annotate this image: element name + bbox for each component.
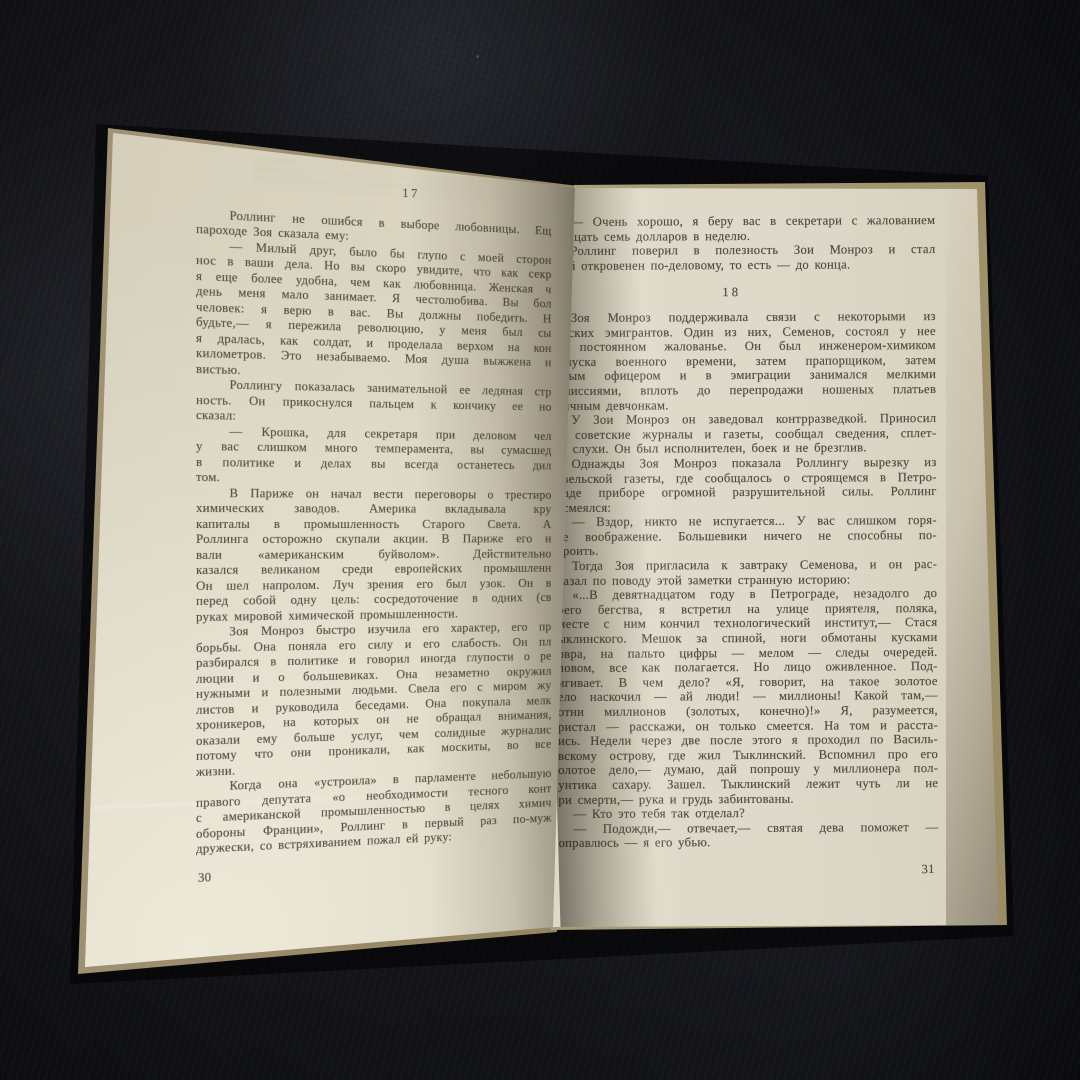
text-line: — Подожди,— отвечает,— святая дева помож… bbox=[558, 820, 938, 837]
text-line: ыклинского. Мешок за спиной, ноги обмота… bbox=[557, 630, 937, 647]
text-line: У Зои Монроз он заведовал контрразведкой… bbox=[556, 411, 936, 428]
dust-speck bbox=[476, 55, 479, 58]
right-page-text: — Очень хорошо, я беру вас в секретари с… bbox=[555, 213, 938, 879]
text-line: Однажды Зоя Монроз показала Роллингу выр… bbox=[557, 455, 937, 472]
text-line: омиссиями, вплоть до перепродажи ношеных… bbox=[556, 382, 936, 399]
text-line: Зоя Монроз поддерживала связи с некоторы… bbox=[556, 309, 936, 326]
text-line: Роллинг поверил в полезность Зои Монроз … bbox=[555, 242, 935, 259]
right-page-lines-bottom: Зоя Монроз поддерживала связи с некоторы… bbox=[556, 309, 939, 851]
text-line: В Париже он начал вести переговоры о тре… bbox=[196, 485, 552, 502]
dust-speck bbox=[132, 688, 135, 691]
text-line: капиталы в промышленность Старого Света.… bbox=[196, 516, 552, 532]
text-line: унтика сахару. Зашел. Тыклинский лежит ч… bbox=[558, 776, 938, 793]
text-line: Роллинга осторожно скупали акции. В Пари… bbox=[196, 531, 552, 547]
book-photo: 17 Роллинг не ошибся в выборе любовницы.… bbox=[0, 0, 1080, 1080]
text-line: — Очень хорошо, я беру вас в секретари с… bbox=[555, 213, 935, 230]
text-line: отни миллионов (золотых, конечно)!» Я, р… bbox=[558, 703, 938, 720]
chapter-heading-18: 18 bbox=[542, 284, 922, 301]
right-page-lines-top: — Очень хорошо, я беру вас в секретари с… bbox=[555, 213, 935, 273]
text-line: ней откровенен по-деловому, то есть — до… bbox=[555, 257, 935, 274]
text-line: Тогда Зоя пригласила к завтраку Семенова… bbox=[557, 557, 937, 574]
dust-speck bbox=[371, 843, 374, 846]
left-page-lines: Роллинг не ошибся в выборе любовницы. Ещ… bbox=[196, 206, 552, 857]
left-page-text: 17 Роллинг не ошибся в выборе любовницы.… bbox=[196, 174, 552, 885]
text-line: раде приборе огромной разрушительной сил… bbox=[557, 484, 937, 501]
text-line: оправлюсь — я его убью. bbox=[559, 834, 939, 851]
page-number-30: 30 bbox=[196, 851, 552, 885]
text-line: ее воображение. Большевики ничего не спо… bbox=[557, 528, 937, 545]
text-line: а постоянном жалованье. Он был инженером… bbox=[556, 338, 936, 355]
text-line: химических заводов. Америка вкладывала к… bbox=[196, 500, 552, 516]
text-line: й советские журналы и газеты, сообщал св… bbox=[556, 426, 936, 443]
page-number-31: 31 bbox=[559, 862, 939, 879]
dust-speck bbox=[806, 923, 809, 926]
